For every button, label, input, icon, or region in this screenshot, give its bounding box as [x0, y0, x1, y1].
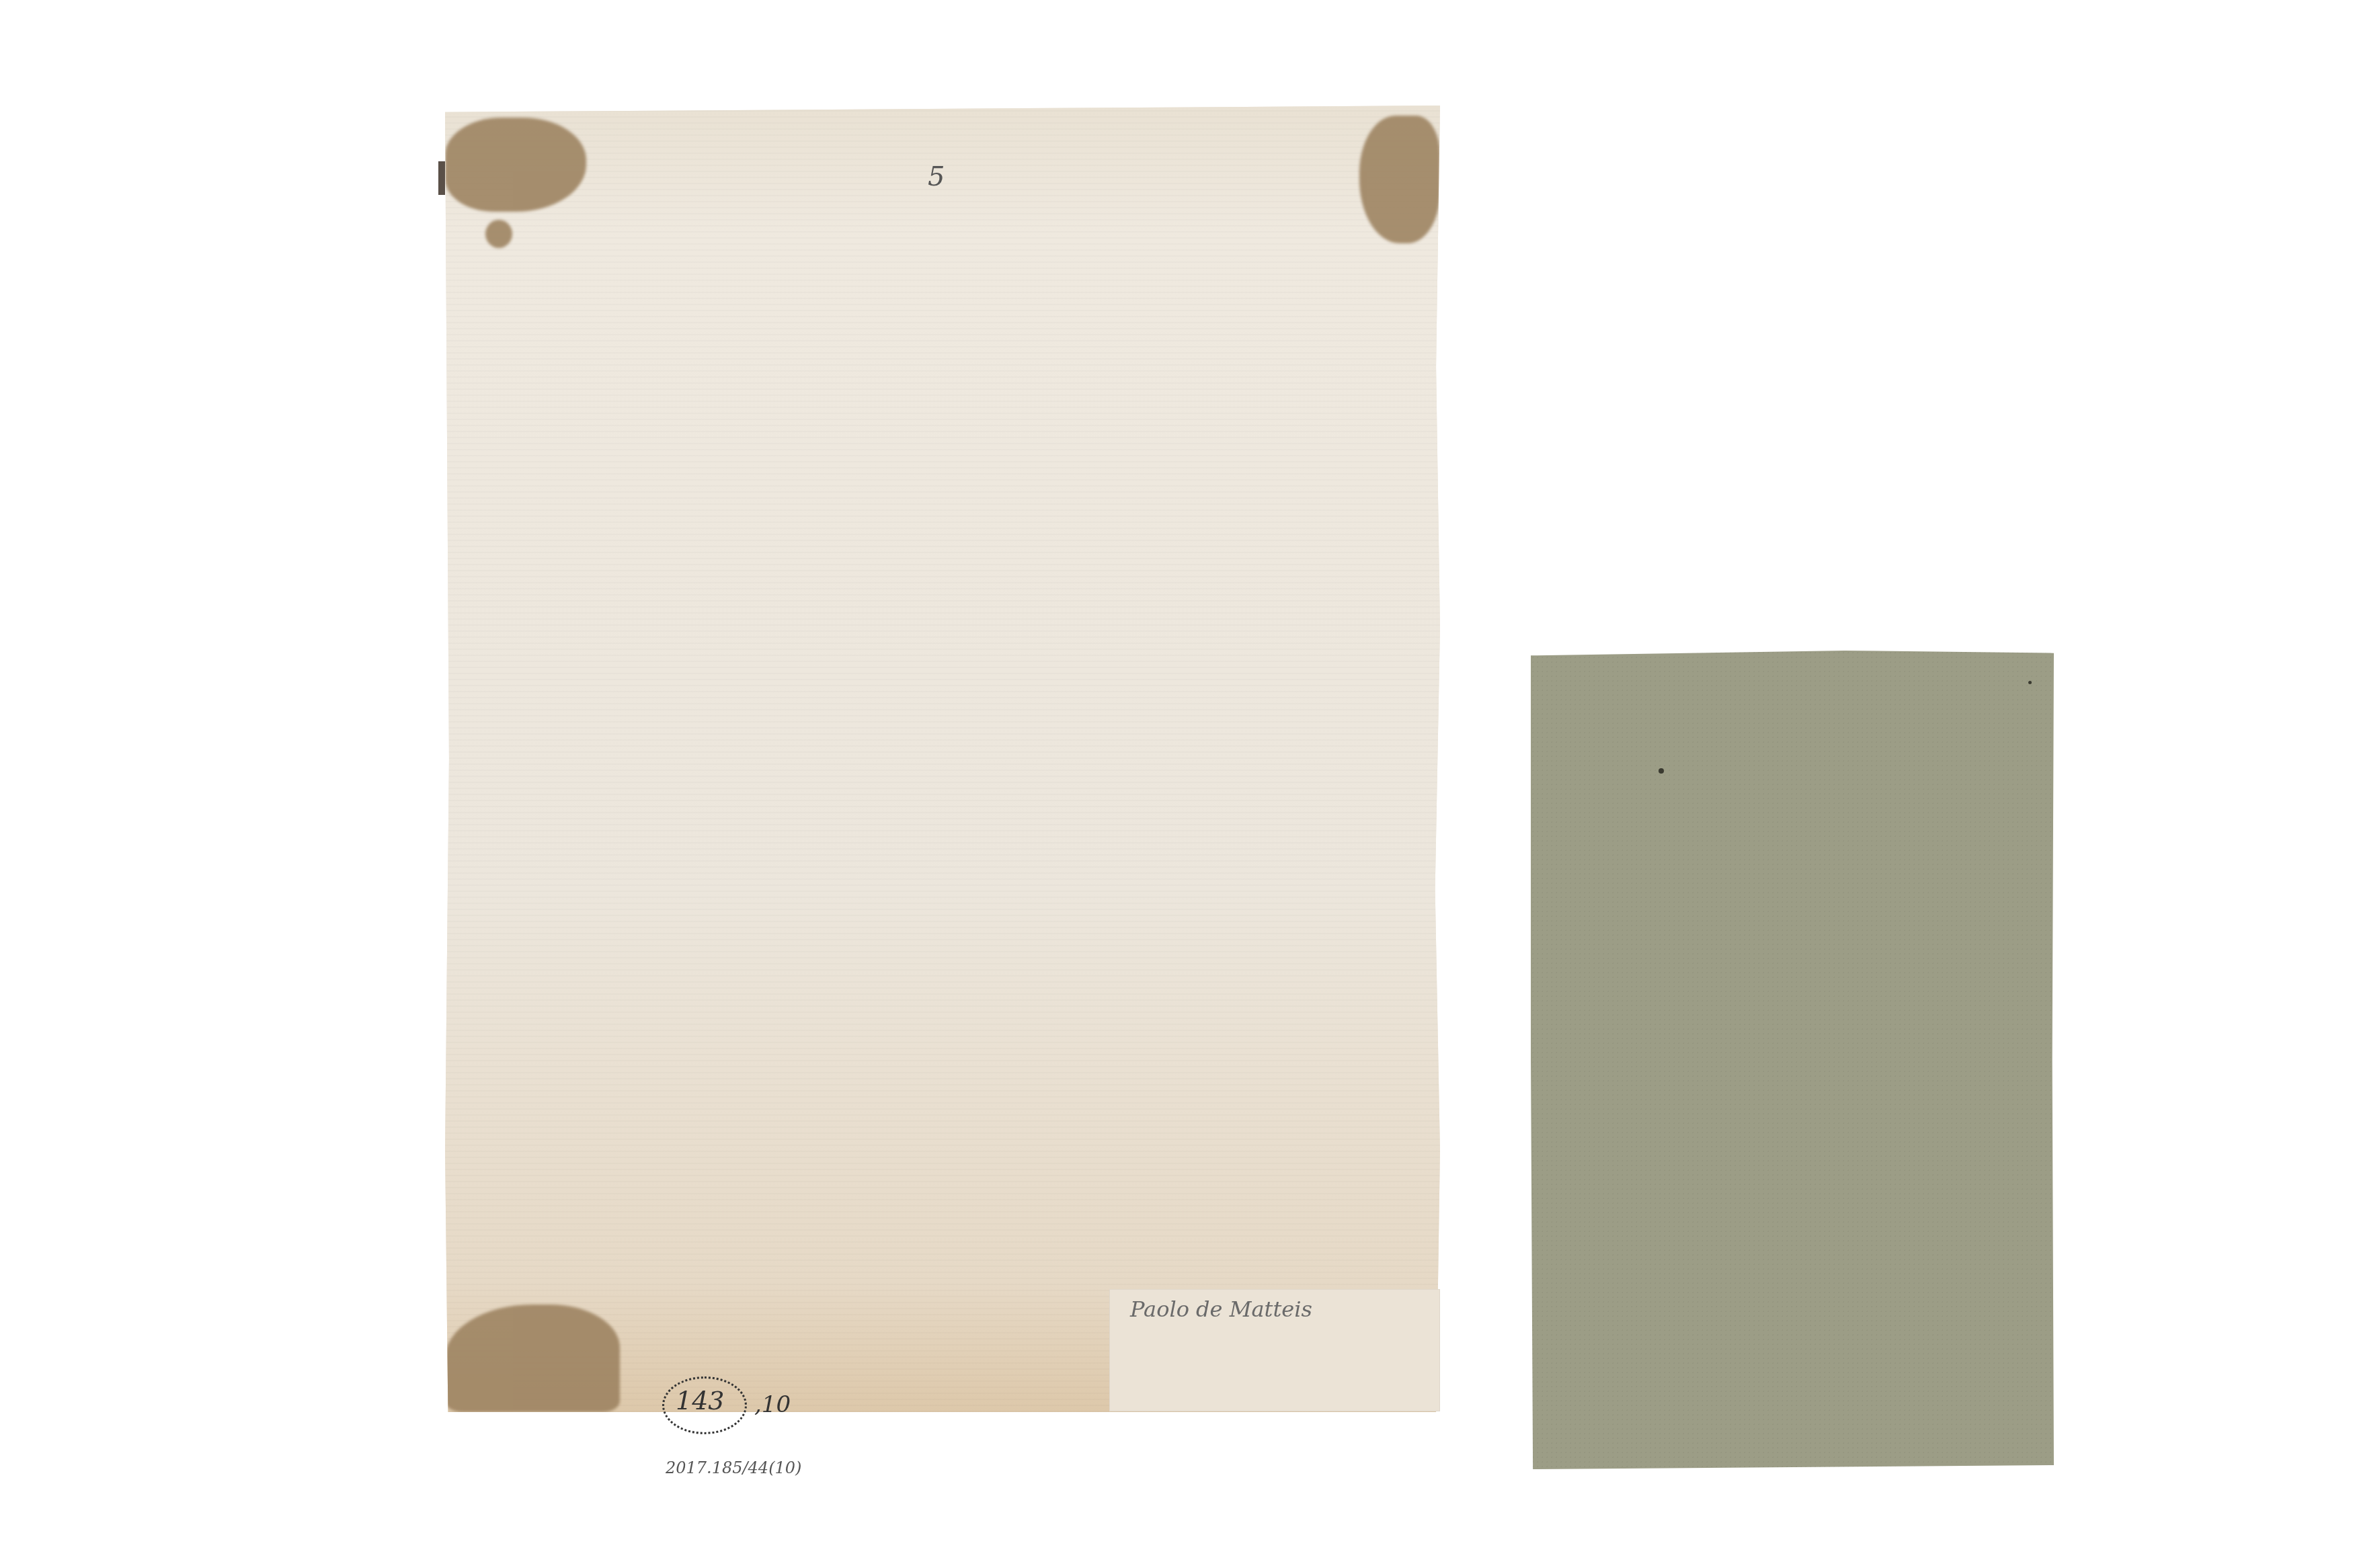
speck — [2028, 681, 2032, 684]
green-backing-board — [1531, 651, 2054, 1469]
mount-tab — [438, 161, 445, 195]
drawing-sheet-verso — [445, 106, 1440, 1412]
stain-top-left — [445, 118, 586, 212]
stain-drip — [485, 220, 512, 248]
accession-number: 2017.185/44(10) — [666, 1458, 801, 1477]
speck — [1659, 768, 1664, 774]
attribution-label-slip: Paolo de Matteis — [1109, 1289, 1440, 1411]
inventory-number: 143 — [676, 1386, 725, 1415]
inventory-suffix: ,10 — [754, 1391, 791, 1418]
corner-number: 5 — [928, 161, 945, 192]
stain-bottom-left — [445, 1305, 620, 1412]
stain-top-right — [1359, 116, 1440, 243]
attribution-text: Paolo de Matteis — [1130, 1296, 1312, 1322]
